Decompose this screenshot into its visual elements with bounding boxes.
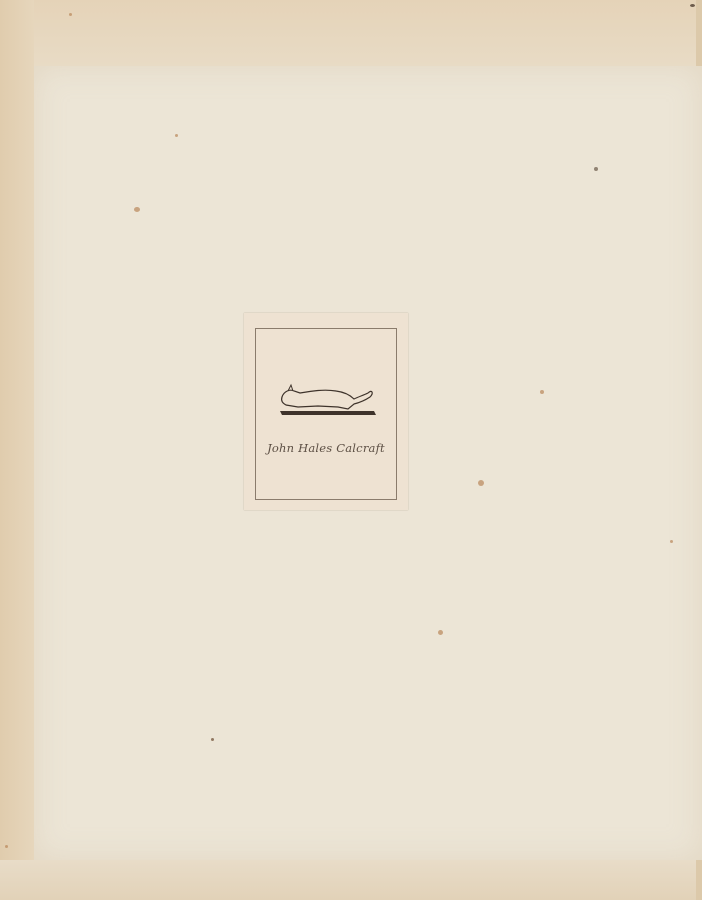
foxing-spot bbox=[670, 540, 673, 543]
foxing-spot bbox=[438, 630, 443, 635]
bookplate: John Hales Calcraft bbox=[244, 313, 408, 510]
toned-top-margin bbox=[0, 0, 702, 66]
toned-left-margin bbox=[0, 0, 34, 900]
foxing-spot bbox=[211, 738, 214, 741]
foxing-spot bbox=[5, 845, 8, 848]
foxing-spot bbox=[690, 4, 695, 7]
endpaper: John Hales Calcraft bbox=[0, 0, 702, 900]
toned-bottom-margin bbox=[0, 860, 702, 900]
foxing-spot bbox=[594, 167, 598, 171]
greyhound-crest-icon bbox=[278, 377, 378, 421]
foxing-spot bbox=[478, 480, 484, 486]
foxing-spot bbox=[175, 134, 178, 137]
bookplate-owner-name: John Hales Calcraft bbox=[244, 441, 408, 455]
foxing-spot bbox=[69, 13, 72, 16]
foxing-spot bbox=[540, 390, 544, 394]
foxing-spot bbox=[134, 207, 140, 212]
